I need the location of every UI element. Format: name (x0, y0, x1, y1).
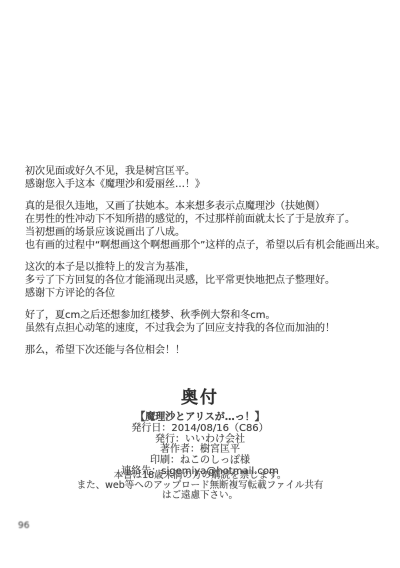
age-disclaimer: 本書は18歳未満の方の購読を禁じます。 また、web等へのアップロード無断複写転… (0, 471, 400, 501)
afterword-line: 也有画的过程中“啊想画这个啊想画那个”这样的点子，希望以后有机会能画出来。 (25, 239, 396, 252)
afterword-text: 初次见面或好久不见，我是树宫匡平。 感谢您入手这本《魔理沙和爱丽丝…！》 真的是… (25, 165, 396, 366)
afterword-line: 这次的本子是以推特上的发言为基准， (25, 261, 396, 274)
afterword-line: 初次见面或好久不见，我是树宫匡平。 (25, 165, 396, 178)
afterword-paragraph: 初次见面或好久不见，我是树宫匡平。 感谢您入手这本《魔理沙和爱丽丝…！》 (25, 165, 396, 191)
afterword-line: 多亏了下方回复的各位才能涌现出灵感，比平常更快地把点子整理好。 (25, 274, 396, 287)
afterword-line: 真的是很久违地，又画了扶她本。本来想多表示点魔理沙（扶她侧） (25, 200, 396, 213)
afterword-line: 感谢下方评论的各位 (25, 287, 396, 300)
colophon: 奥付 【魔理沙とアリスが…っ！】 発行日：2014/08/16（C86） 発行：… (0, 383, 400, 478)
afterword-paragraph: 好了，夏cm之后还想参加红楼梦、秋季例大祭和冬cm。 虽然有点担心动笔的速度，不… (25, 309, 396, 335)
afterword-line: 那么，希望下次还能与各位相会！！ (25, 344, 396, 357)
afterword-paragraph: 真的是很久违地，又画了扶她本。本来想多表示点魔理沙（扶她侧） 在男性的性冲动下不… (25, 200, 396, 252)
afterword-line: 在男性的性冲动下不知所措的感觉的，不过那样前面就太长了于是放弃了。 (25, 213, 396, 226)
afterword-line: 好了，夏cm之后还想参加红楼梦、秋季例大祭和冬cm。 (25, 309, 396, 322)
colophon-details: 【魔理沙とアリスが…っ！】 発行日：2014/08/16（C86） 発行：いいわ… (0, 413, 400, 478)
colophon-heading: 奥付 (0, 383, 400, 408)
afterword-line: 虽然有点担心动笔的速度，不过我会为了回应支持我的各位而加油的！ (25, 322, 396, 335)
afterword-line: 感谢您入手这本《魔理沙和爱丽丝…！》 (25, 178, 396, 191)
afterword-line: 当初想画的场景应该说画出了八成。 (25, 226, 396, 239)
scanned-afterword-page: 初次见面或好久不见，我是树宫匡平。 感谢您入手这本《魔理沙和爱丽丝…！》 真的是… (0, 0, 400, 568)
afterword-paragraph: 这次的本子是以推特上的发言为基准， 多亏了下方回复的各位才能涌现出灵感，比平常更… (25, 261, 396, 300)
colophon-publish-date: 発行日：2014/08/16（C86） (0, 424, 400, 435)
disclaimer-line: はご遠慮下さい。 (0, 491, 400, 501)
page-number: 96 (18, 521, 29, 531)
afterword-paragraph: 那么，希望下次还能与各位相会！！ (25, 344, 396, 357)
